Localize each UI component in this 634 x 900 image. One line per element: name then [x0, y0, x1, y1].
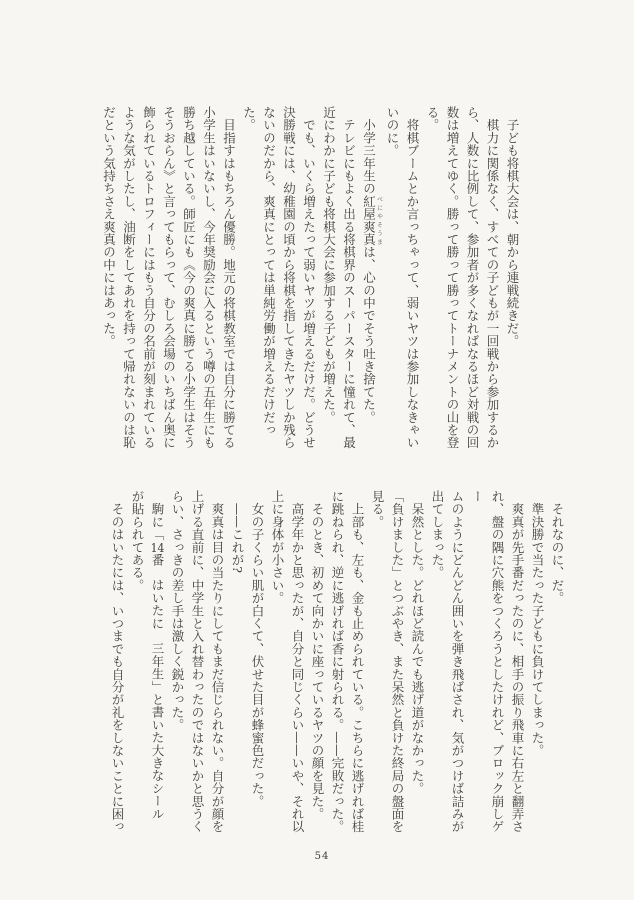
text-line: 出てしまった。: [427, 490, 447, 838]
text-line: 小学三年生の紅屋爽真べにやそうまは、心の中でそう吐き捨てた。: [359, 106, 383, 454]
text-line: ような気がしたし、油断をしてあれを持って帰れないのは恥: [119, 106, 139, 454]
lower-text-block: それなのに、だ。 準決勝で当たった子どもに負けてしまった。 爽真が先手番だったの…: [107, 490, 567, 838]
text-line: らい、さっきの差し手は激しく鋭かった。: [167, 490, 187, 838]
text-line: 上部も、左も、金も止められている。こちらに逃げれば桂: [347, 490, 367, 838]
text-line: 「負けました」とつぶやき、また呆然と負けた終局の盤面を: [387, 490, 407, 838]
text-line: に跳ねられ、逆に逃げれば香に射られる。——完敗だった。: [327, 490, 347, 838]
text-line: 見る。: [367, 490, 387, 838]
text-line: 上に身体が小さい。: [267, 490, 287, 838]
text-line: 駒に「14番 はいたに 三年生」と書いた大きなシール: [147, 490, 167, 838]
text-line: 飾られているトロフィーにはもう自分の名前が刻まれている: [139, 106, 159, 454]
text-line: る。: [422, 106, 442, 454]
text-line: 準決勝で当たった子どもに負けてしまった。: [527, 490, 547, 838]
page-number: 54: [315, 851, 330, 862]
text-line: 決勝戦には、幼稚園の頃から将棋を指してきたヤツしか残ら: [279, 106, 299, 454]
text-line: 上げる直前に、中学生と入れ替わったのではないかと思うく: [187, 490, 207, 838]
horizontal-number: 14: [150, 541, 165, 554]
text-line: 高学年かと思ったが、自分と同じくらい——いや、それ以: [287, 490, 307, 838]
text-line: ムのようにどんどん囲いを弾き飛ばされ、気がつけば詰みが: [447, 490, 467, 838]
text-line: 目指すはもちろん優勝。地元の将棋教室では自分に勝てる: [219, 106, 239, 454]
text-line: 呆然とした。どれほど読んでも逃げ道がなかった。: [407, 490, 427, 838]
text-line: 数は増えてゆく。勝って勝って勝ってトーナメントの山を登: [442, 106, 462, 454]
text-line: 爽真は目の当たりにしてもまだ信じられない。自分が顔を: [207, 490, 227, 838]
text-line: 勝ち越している。師匠にも《今の爽真に勝てる小学生はそう: [179, 106, 199, 454]
text-line: そうおらん》と言ってもらって、むしろ会場のいちばん奥に: [159, 106, 179, 454]
book-page: 子ども将棋大会は、朝から連戦続きだ。 棋力に関係なく、すべての子どもが一回戦から…: [0, 0, 634, 900]
text-line: 棋力に関係なく、すべての子どもが一回戦から参加するか: [482, 106, 502, 454]
text-line: だという気持ちさえ爽真の中にはあった。: [99, 106, 119, 454]
text-line: そのとき、初めて向かいに座っているヤツの顔を見た。: [307, 490, 327, 838]
text-line: ——これが?: [227, 490, 247, 838]
text-line: 将棋ブームとか言っちゃって、弱いヤツは参加しなきゃい: [402, 106, 422, 454]
text-line: いのに。: [382, 106, 402, 454]
text-line: 女の子くらい肌が白くて、伏せた目が蜂蜜色だった。: [247, 490, 267, 838]
text-line: 近にわかに子ども将棋大会に参加する子どもが増えた。: [319, 106, 339, 454]
text-line: が貼られてある。: [127, 490, 147, 838]
text-line: 小学生はいないし、今年奨励会に入るという噂の五年生にも: [199, 106, 219, 454]
text-line: それなのに、だ。: [547, 490, 567, 838]
text-line: れ、盤の隅に穴熊をつくろうとしたけれど、ブロック崩しゲー: [467, 490, 507, 838]
text-line: でも、いくら増えたって弱いヤツが増えるだけだ。どうせ: [299, 106, 319, 454]
text-line: そのはいたには、いつまでも自分が礼をしないことに困っ: [107, 490, 127, 838]
text-line: 子ども将棋大会は、朝から連戦続きだ。: [502, 106, 522, 454]
text-line: テレビにもよく出る将棋界のスーパースターに憧れて、最: [339, 106, 359, 454]
text-line: 爽真が先手番だったのに、相手の振り飛車に右左と翻弄さ: [507, 490, 527, 838]
upper-text-block: 子ども将棋大会は、朝から連戦続きだ。 棋力に関係なく、すべての子どもが一回戦から…: [99, 106, 523, 454]
text-line: ないのだから、爽真にとっては単純労働が増えるだけだった。: [239, 106, 279, 454]
text-line: ら、人数に比例して、参加者が多くなればなるほど対戦の回: [462, 106, 482, 454]
character-name-ruby: 紅屋爽真べにやそうま: [362, 195, 377, 246]
